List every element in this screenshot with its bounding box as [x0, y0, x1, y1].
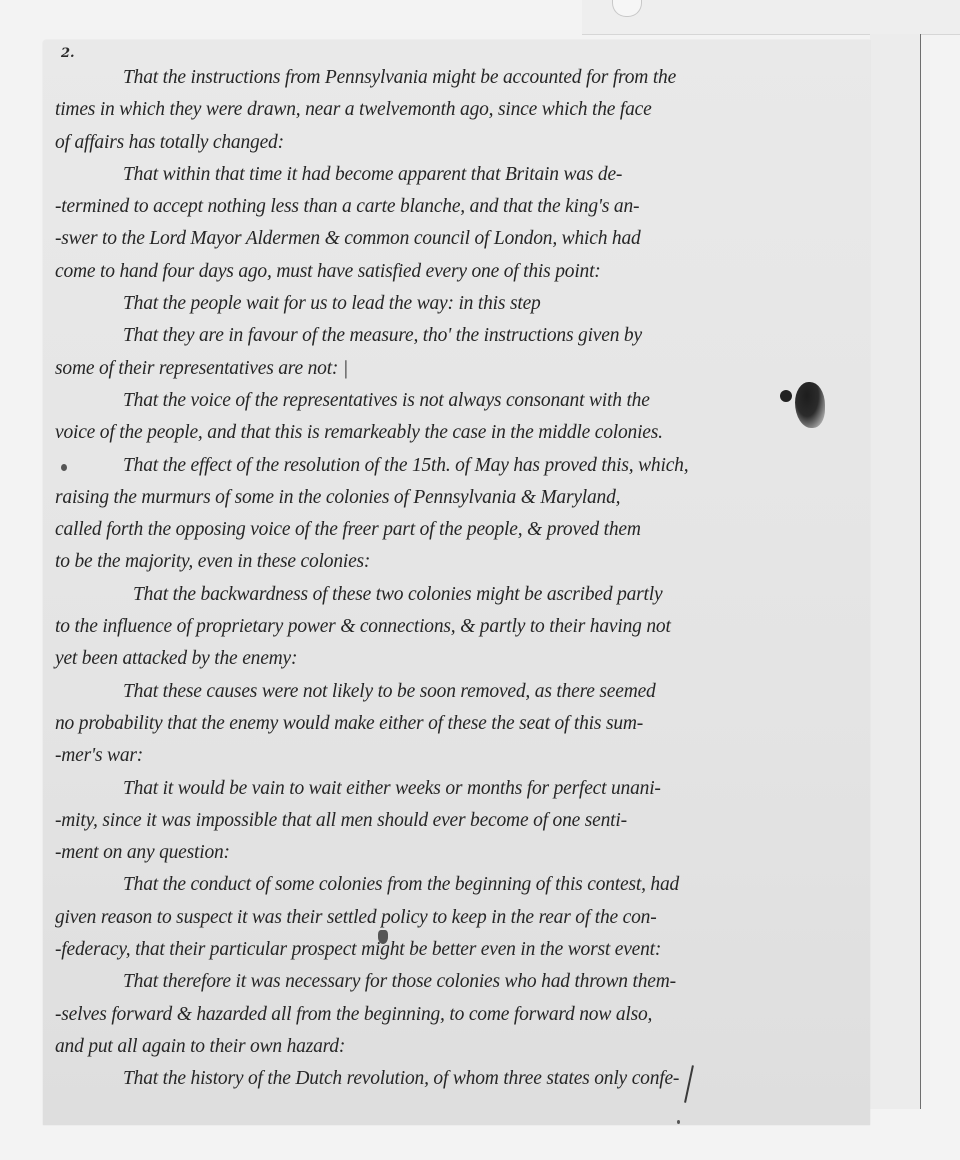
- manuscript-page: 2. That the instructions from Pennsylvan…: [43, 40, 870, 1125]
- text-line: -mity, since it was impossible that all …: [55, 805, 855, 837]
- text-line: That the history of the Dutch revolution…: [55, 1063, 855, 1095]
- text-line: raising the murmurs of some in the colon…: [55, 482, 855, 514]
- text-line: That the effect of the resolution of the…: [55, 450, 855, 482]
- text-line: -federacy, that their particular prospec…: [55, 934, 855, 966]
- text-line: That the conduct of some colonies from t…: [55, 869, 855, 901]
- text-line: That the people wait for us to lead the …: [55, 288, 855, 320]
- text-line: to the influence of proprietary power & …: [55, 611, 855, 643]
- text-line: some of their representatives are not: |: [55, 353, 855, 385]
- mount-backing-strip: [870, 34, 921, 1109]
- text-line: That within that time it had become appa…: [55, 159, 855, 191]
- text-line: given reason to suspect it was their set…: [55, 902, 855, 934]
- text-line: That these causes were not likely to be …: [55, 676, 855, 708]
- text-line: of affairs has totally changed:: [55, 127, 855, 159]
- manuscript-text: That the instructions from Pennsylvania …: [55, 62, 855, 1096]
- text-line: come to hand four days ago, must have sa…: [55, 256, 855, 288]
- text-line: times in which they were drawn, near a t…: [55, 94, 855, 126]
- text-line: -swer to the Lord Mayor Aldermen & commo…: [55, 223, 855, 255]
- text-line: -selves forward & hazarded all from the …: [55, 999, 855, 1031]
- text-line: -mer's war:: [55, 740, 855, 772]
- ink-blot: [795, 382, 825, 428]
- text-line: That they are in favour of the measure, …: [55, 320, 855, 352]
- ink-spot: [780, 390, 792, 402]
- text-line: voice of the people, and that this is re…: [55, 417, 855, 449]
- text-line: and put all again to their own hazard:: [55, 1031, 855, 1063]
- text-line: That the voice of the representatives is…: [55, 385, 855, 417]
- text-line: called forth the opposing voice of the f…: [55, 514, 855, 546]
- text-line: no probability that the enemy would make…: [55, 708, 855, 740]
- text-line: yet been attacked by the enemy:: [55, 643, 855, 675]
- text-line: to be the majority, even in these coloni…: [55, 546, 855, 578]
- text-line: That it would be vain to wait either wee…: [55, 773, 855, 805]
- margin-mark: [677, 1120, 680, 1124]
- ink-drip: [378, 930, 388, 944]
- text-line: That the backwardness of these two colon…: [55, 579, 855, 611]
- text-line: That therefore it was necessary for thos…: [55, 966, 855, 998]
- text-line: That the instructions from Pennsylvania …: [55, 62, 855, 94]
- text-line: -termined to accept nothing less than a …: [55, 191, 855, 223]
- page-number: 2.: [61, 46, 75, 61]
- text-line: -ment on any question:: [55, 837, 855, 869]
- margin-mark: [61, 464, 67, 471]
